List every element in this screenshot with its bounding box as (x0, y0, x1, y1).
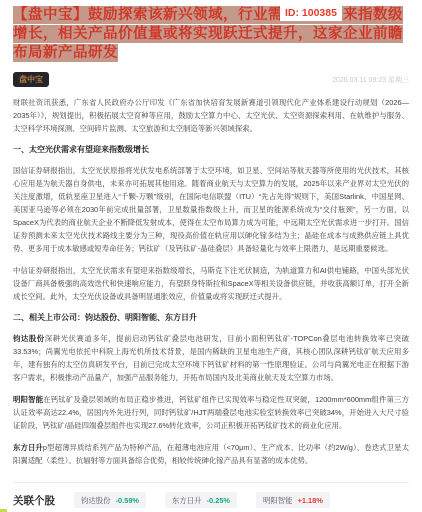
stock-chip-name: 钧达股份 (81, 495, 111, 506)
stock-chip-change: +1.18% (298, 496, 323, 505)
article-page: ID: 100385 【盘中宝】鼓励探索该新兴领域，行业需求有望迎来指数级增长，… (0, 6, 422, 512)
stock-chip-change: -0.25% (207, 496, 230, 505)
related-stocks-footer: 关联个股 钧达股份 -0.59% 东方日升 -0.25% 明阳智能 +1.18% (0, 482, 422, 512)
stock-paragraph-dongfang: 东方日升p型超薄异质结系列产品为特种产品，在超薄电池应用（<70μm）、生产成本… (13, 441, 409, 467)
article-body: 财联社资讯获悉，广东省人民政府办公厅印发《广东省加快培育发展新赛道引领现代化产业… (13, 96, 409, 467)
section2-heading: 二、相关上市公司：钧达股份、明阳智能、东方日升 (13, 312, 409, 323)
article-title-text: 【盘中宝】鼓励探索该新兴领域，行业需求有望迎来指数级增长，相关产品价值量或将实现… (13, 6, 403, 62)
stock-name-lead: 明阳智能 (13, 395, 43, 404)
article-title: 【盘中宝】鼓励探索该新兴领域，行业需求有望迎来指数级增长，相关产品价值量或将实现… (13, 6, 409, 63)
related-stocks-row: 关联个股 钧达股份 -0.59% 东方日升 -0.25% 明阳智能 +1.18% (0, 483, 422, 512)
meta-row: 盘中宝 2026.03.11 09:23 星期三 (13, 72, 409, 87)
section1-paragraph-2: 中信证券研报指出，太空光伏需求有望迎来指数级增长，马斯克下注光伏制造，为轨道算力… (13, 264, 409, 303)
publish-datetime: 2026.03.11 09:23 星期三 (332, 75, 409, 85)
stock-paragraph-text: 深耕光伏赛道多年，提前启动钙钛矿叠层电池研发，目前小面积钙钛矿-TOPCon叠层… (13, 334, 409, 382)
stock-paragraph-mingyang: 明阳智能在钙钛矿及叠层领域的布局正稳步推进，钙钛矿组件已实现效率与稳定性双突破，… (13, 393, 409, 432)
stock-paragraph-text: 在钙钛矿及叠层领域的布局正稳步推进，钙钛矿组件已实现效率与稳定性双突破，1200… (13, 395, 409, 430)
section1-paragraph-1: 国信证券研报指出，太空光伏原指将光伏发电系统部署于太空环境，如卫星、空间站等航天… (13, 164, 409, 255)
stock-name-lead: 钧达股份 (13, 334, 45, 343)
related-stocks-label: 关联个股 (13, 493, 55, 508)
stock-chip-junda[interactable]: 钧达股份 -0.59% (74, 492, 146, 508)
stock-paragraph-text: p型超薄异质结系列产品为特种产品，在超薄电池应用（<70μm）、生产成本、比功率… (13, 443, 409, 465)
section1-heading: 一、太空光伏需求有望迎来指数级增长 (13, 144, 409, 155)
stock-chip-mingyang[interactable]: 明阳智能 +1.18% (256, 492, 330, 508)
column-badge[interactable]: 盘中宝 (13, 72, 49, 87)
stock-chip-change: -0.59% (116, 496, 139, 505)
stock-chip-name: 明阳智能 (263, 495, 293, 506)
stock-name-lead: 东方日升 (13, 443, 43, 452)
stock-paragraph-junda: 钧达股份深耕光伏赛道多年，提前启动钙钛矿叠层电池研发，目前小面积钙钛矿-TOPC… (13, 332, 409, 384)
id-watermark: ID: 100385 (280, 6, 342, 21)
intro-paragraph: 财联社资讯获悉，广东省人民政府办公厅印发《广东省加快培育发展新赛道引领现代化产业… (13, 96, 409, 135)
stock-chip-name: 东方日升 (172, 495, 202, 506)
stock-chip-dongfang[interactable]: 东方日升 -0.25% (165, 492, 237, 508)
